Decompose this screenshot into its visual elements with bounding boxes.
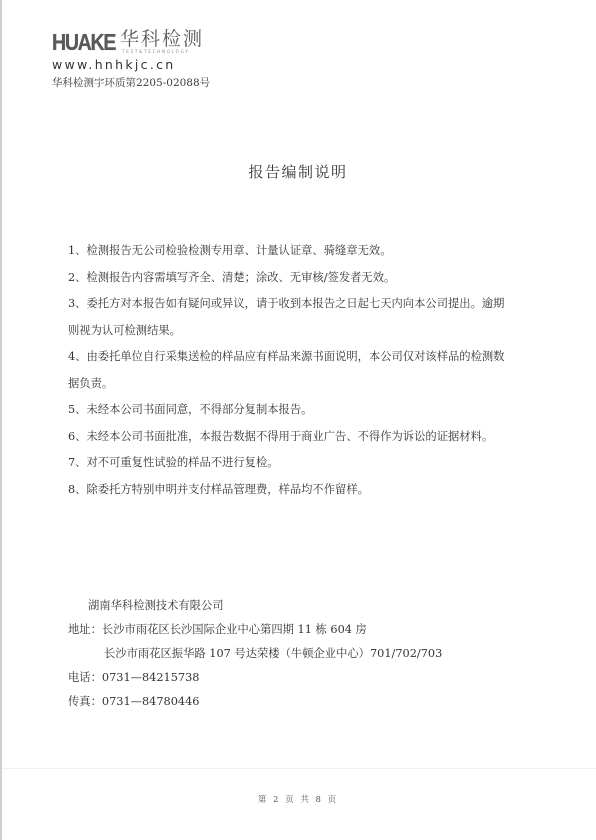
company-contact: 湖南华科检测技术有限公司 地址：长沙市雨花区长沙国际企业中心第四期 11 栋 6… [68,594,442,714]
logo-mark: HUAKE [52,30,105,54]
footer-divider [2,768,596,769]
fax-number: 0731—84780446 [102,695,200,708]
page-left-edge [0,0,2,840]
note-line: 2、检测报告内容需填写齐全、清楚；涂改、无审核/签发者无效。 [68,265,538,292]
note-line: 8、除委托方特别申明并支付样品管理费，样品均不作留样。 [68,477,538,504]
address-row-2: 长沙市雨花区振华路 107 号达荣楼（牛顿企业中心）701/702/703 [68,642,442,666]
fax-row: 传真：0731—84780446 [68,690,442,714]
note-line: 1、检测报告无公司检验检测专用章、计量认证章、骑缝章无效。 [68,238,538,265]
page-title: 报告编制说明 [0,161,596,182]
company-header: HUAKE 华科检测 TEST&TECHNOLOGY www.hnhkjc.cn [52,28,204,72]
logo: HUAKE 华科检测 TEST&TECHNOLOGY [52,28,204,54]
note-line: 据负责。 [68,371,538,398]
address-label: 地址： [68,623,102,636]
note-line: 5、未经本公司书面同意，不得部分复制本报告。 [68,397,538,424]
logo-chinese-name: 华科检测 [120,29,204,49]
address-line-1: 长沙市雨花区长沙国际企业中心第四期 11 栋 604 房 [102,623,367,636]
logo-text-group: 华科检测 TEST&TECHNOLOGY [120,29,204,54]
note-line: 则视为认可检测结果。 [68,318,538,345]
website-url: www.hnhkjc.cn [52,58,204,72]
address-row: 地址：长沙市雨花区长沙国际企业中心第四期 11 栋 604 房 [68,618,442,642]
fax-label: 传真： [68,695,102,708]
phone-number: 0731—84215738 [102,671,200,684]
note-line: 3、委托方对本报告如有疑问或异议，请于收到本报告之日起七天内向本公司提出。逾期 [68,291,538,318]
company-name: 湖南华科检测技术有限公司 [68,594,442,618]
certificate-number: 华科检测宇环质第2205-02088号 [52,75,210,90]
page-indicator: 第 2 页 共 8 页 [0,793,596,805]
logo-subtitle: TEST&TECHNOLOGY [122,49,204,54]
phone-label: 电话： [68,671,102,684]
note-line: 4、由委托单位自行采集送检的样品应有样品来源书面说明，本公司仅对该样品的检测数 [68,344,538,371]
note-line: 7、对不可重复性试验的样品不进行复检。 [68,450,538,477]
phone-row: 电话：0731—84215738 [68,666,442,690]
address-line-2: 长沙市雨花区振华路 107 号达荣楼（牛顿企业中心）701/702/703 [104,647,442,660]
note-line: 6、未经本公司书面批准，本报告数据不得用于商业广告、不得作为诉讼的证据材料。 [68,424,538,451]
notes-list: 1、检测报告无公司检验检测专用章、计量认证章、骑缝章无效。 2、检测报告内容需填… [68,238,538,503]
